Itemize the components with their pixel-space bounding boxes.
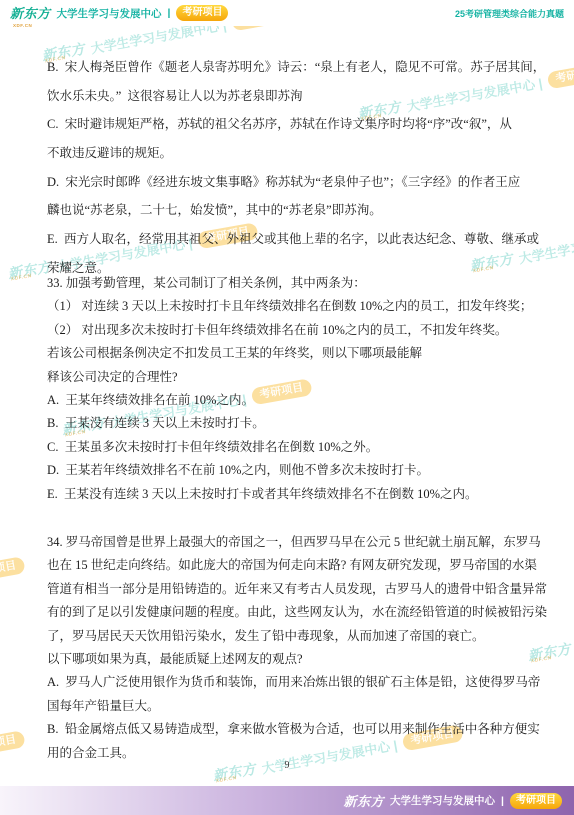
watermark-logo: 新东方XDF.CN — [526, 639, 572, 666]
page-header: 新东方 XDF.CN 大学生学习与发展中心 | 考研项目 25考研管理类综合能力… — [0, 0, 574, 26]
watermark-logo: 新东方XDF.CN — [6, 257, 52, 284]
question-34-stem-line-4: 有的到了足以引发健康问题的程度。由此，这些网友认为，水在流经铅管道的时候被铅污染 — [47, 601, 529, 624]
question-33-stem: 33. 加强考勤管理，某公司制订了相关条例，其中两条为： — [47, 272, 529, 295]
question-34-stem-line-2: 也在 15 世纪走向终结。如此庞大的帝国为何走向末路? 有网友研究发现，罗马帝国… — [47, 554, 529, 577]
question-33-stem-line-2: 若该公司根据条例决定不扣发员工王某的年终奖，则以下哪项最能解 — [47, 342, 529, 365]
footer-kaoyan-badge: 考研项目 — [510, 793, 562, 809]
xdf-logo-subtext: XDF.CN — [13, 19, 32, 32]
question-34: 34. 罗马帝国曾是世界上最强大的帝国之一，但西罗马早在公元 5 世纪就土崩瓦解… — [47, 531, 529, 765]
question-34-stem-line-1: 34. 罗马帝国曾是世界上最强大的帝国之一，但西罗马早在公元 5 世纪就土崩瓦解… — [47, 531, 529, 554]
watermark-logo-subtext: XDF.CN — [10, 273, 32, 283]
header-divider: | — [168, 7, 171, 19]
document-page: 新东方 XDF.CN 大学生学习与发展中心 | 考研项目 25考研管理类综合能力… — [0, 0, 574, 815]
option-d: D. 王某若年终绩效排名不在前 10%之内，则他不曾多次未按时打卡。 — [47, 459, 529, 482]
watermark-badge: 考研项目 — [0, 556, 25, 583]
page-number: 9 — [0, 760, 574, 771]
watermark: 新东方XDF.CN 大学生学习与发展中心 | 考研项目 — [0, 554, 26, 618]
question-33-rule-2: （2） 对出现多次未按时打卡但年终绩效排名在前 10%之内的员工，不扣发年终奖。 — [47, 319, 529, 342]
watermark-badge: 考研项目 — [0, 730, 25, 757]
watermark-badge: 考研项目 — [546, 62, 574, 89]
watermark-logo-subtext: XDF.CN — [215, 775, 237, 785]
question-33-rule-1: （1） 对连续 3 天以上未按时打卡且年终绩效排名在倒数 10%之内的员工，扣发… — [47, 295, 529, 318]
footer-divider: | — [501, 795, 504, 807]
question-34-stem-line-5: 了，罗马居民天天饮用铅污染水，发生了铅中毒现象，从而加速了帝国的衰亡。 — [47, 625, 529, 648]
footer-org-name: 大学生学习与发展中心 — [390, 793, 495, 808]
option-e: E. 王某没有连续 3 天以上未按时打卡或者其年终绩效排名不在倒数 10%之内。 — [47, 483, 529, 506]
xdf-logo: 新东方 XDF.CN — [10, 7, 51, 20]
header-org-name: 大学生学习与发展中心 — [57, 6, 162, 21]
option-c-line-1: C. 宋时避讳规矩严格，苏轼的祖父名苏序，苏轼在作诗文集序时均将“序”改“叙”，… — [47, 110, 529, 139]
question-33: 33. 加强考勤管理，某公司制订了相关条例，其中两条为： （1） 对连续 3 天… — [47, 272, 529, 506]
header-kaoyan-badge: 考研项目 — [176, 5, 228, 21]
question-34-prompt: 以下哪项如果为真，最能质疑上述网友的观点? — [47, 648, 529, 671]
option-d-line-2: 麟也说“苏老泉，二十七，始发愤”，其中的“苏老泉”即苏洵。 — [47, 196, 529, 225]
header-brand: 新东方 XDF.CN 大学生学习与发展中心 | 考研项目 — [10, 5, 228, 21]
page-footer: 新东方 大学生学习与发展中心 | 考研项目 — [0, 786, 574, 815]
footer-xdf-logo: 新东方 — [344, 791, 385, 810]
option-a-line-2: 国每年产铅量巨大。 — [47, 695, 529, 718]
option-b: B. 王某没有连续 3 天以上未按时打卡。 — [47, 412, 529, 435]
watermark-logo-text: 新东方 — [7, 259, 53, 282]
option-c: C. 王某虽多次未按时打卡但年终绩效排名在倒数 10%之外。 — [47, 436, 529, 459]
document-title: 25考研管理类综合能力真题 — [455, 7, 564, 20]
option-e-line-1: E. 西方人取名，经常用其祖父、外祖父或其他上辈的名字，以此表达纪念、尊敬、继承… — [47, 225, 529, 254]
question-33-stem-line-3: 释该公司决定的合理性? — [47, 366, 529, 389]
watermark-logo-subtext: XDF.CN — [530, 655, 552, 665]
option-a-line-1: A. 罗马人广泛使用银作为货币和装饰，而用来冶炼出银的银矿石主体是铅，这使得罗马… — [47, 671, 529, 694]
question-34-stem-line-3: 管道有相当一部分是用铅铸造的。近年来又有考古人员发现，古罗马人的遗骨中铅含量异常 — [47, 578, 529, 601]
option-b-line-2: 饮水乐未央。” 这很容易让人以为苏老泉即苏洵 — [47, 82, 529, 111]
question-32-options: B. 宋人梅尧臣曾作《题老人泉寄苏明允》诗云：“泉上有老人，隐见不可常。苏子居其… — [47, 53, 529, 283]
option-b-line-1: B. 铅金属熔点低又易铸造成型，拿来做水管极为合适，也可以用来制作生活中各种方便… — [47, 718, 529, 741]
option-d-line-1: D. 宋光宗时郎晔《经进东坡文集事略》称苏轼为“老泉仲子也”；《三字经》的作者王… — [47, 168, 529, 197]
watermark-logo-text: 新东方 — [527, 641, 573, 664]
option-c-line-2: 不敢违反避讳的规矩。 — [47, 139, 529, 168]
option-b-line-1: B. 宋人梅尧臣曾作《题老人泉寄苏明允》诗云：“泉上有老人，隐见不可常。苏子居其… — [47, 53, 529, 82]
option-a: A. 王某年终绩效排名在前 10%之内。 — [47, 389, 529, 412]
